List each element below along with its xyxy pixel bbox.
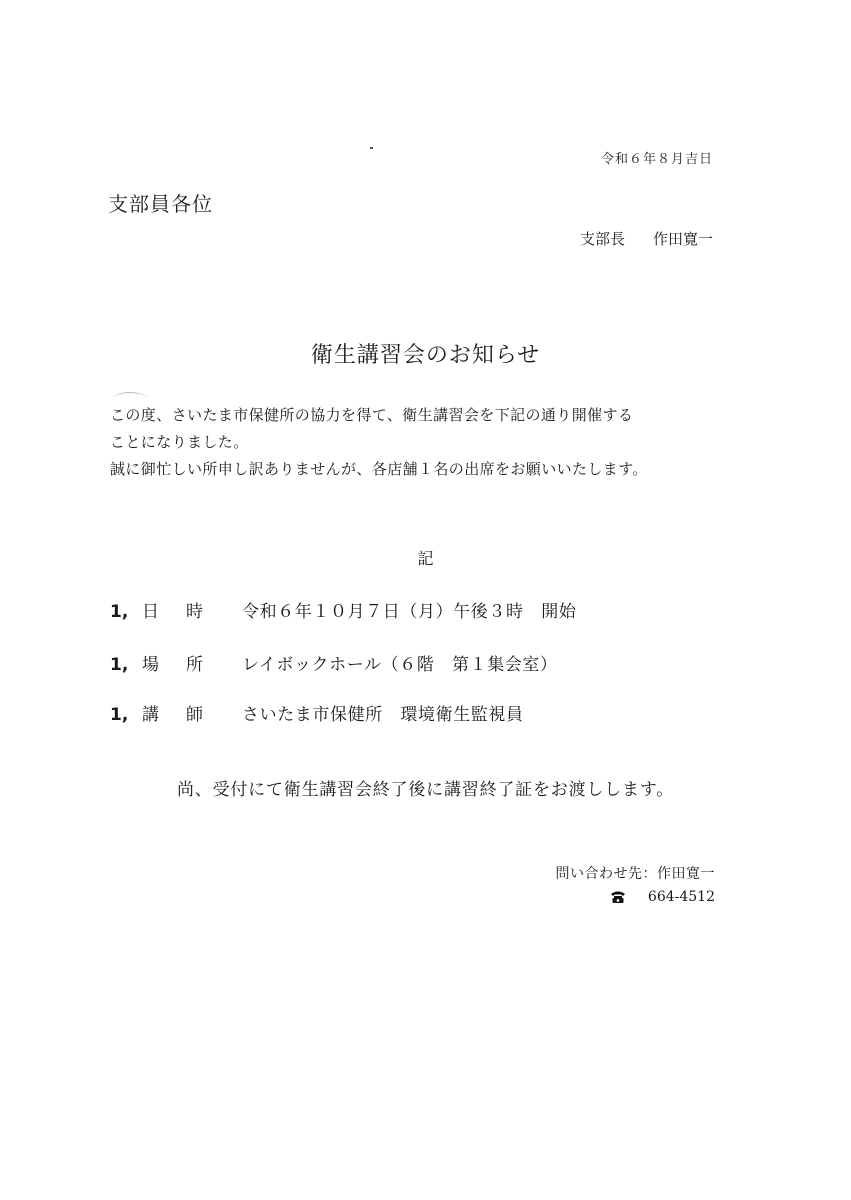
contact-phone: 664-4512 <box>610 889 715 905</box>
item-label-char: 場 <box>142 650 186 675</box>
document-title: 衛生講習会のお知らせ <box>0 338 851 369</box>
item-value: 令和６年１０月７日（月）午後３時 開始 <box>242 597 576 622</box>
sender: 支部長作田寛一 <box>580 228 713 249</box>
phone-number: 664-4512 <box>648 889 715 905</box>
telephone-icon <box>610 890 626 904</box>
detail-item-venue: 1, 場 所 レイボックホール（６階 第１集会室） <box>110 650 558 675</box>
item-label-char: 所 <box>186 650 242 675</box>
closing-note: 尚、受付にて衛生講習会終了後に講習終了証をお渡しします。 <box>0 775 851 800</box>
detail-item-datetime: 1, 日 時 令和６年１０月７日（月）午後３時 開始 <box>110 597 576 622</box>
item-number: 1, <box>110 602 142 622</box>
issue-date: 令和６年８月吉日 <box>601 148 713 167</box>
sender-role: 支部長 <box>580 230 625 248</box>
item-label-char: 日 <box>142 597 186 622</box>
body-paragraph: この度、さいたま市保健所の協力を得て、衛生講習会を下記の通り開催する ことになり… <box>110 402 648 483</box>
item-value: さいたま市保健所 環境衛生監視員 <box>242 700 524 725</box>
body-line: この度、さいたま市保健所の協力を得て、衛生講習会を下記の通り開催する <box>110 402 648 429</box>
ki-heading: 記 <box>0 546 851 569</box>
document-page: 令和６年８月吉日 支部員各位 支部長作田寛一 衛生講習会のお知らせ この度、さい… <box>0 0 851 1200</box>
addressee: 支部員各位 <box>108 188 213 217</box>
item-number: 1, <box>110 705 142 725</box>
body-line: 誠に御忙しい所申し訳ありませんが、各店舗１名の出席をお願いいたします。 <box>110 456 648 483</box>
sender-name: 作田寛一 <box>653 230 713 248</box>
item-value: レイボックホール（６階 第１集会室） <box>242 650 558 675</box>
item-number: 1, <box>110 655 142 675</box>
item-label-char: 講 <box>142 700 186 725</box>
item-label-char: 師 <box>186 700 242 725</box>
detail-item-lecturer: 1, 講 師 さいたま市保健所 環境衛生監視員 <box>110 700 524 725</box>
body-line: ことになりました。 <box>110 429 648 456</box>
scan-speck <box>370 147 373 149</box>
item-label-char: 時 <box>186 597 242 622</box>
contact-label: 問い合わせ先：作田寛一 <box>556 863 716 883</box>
